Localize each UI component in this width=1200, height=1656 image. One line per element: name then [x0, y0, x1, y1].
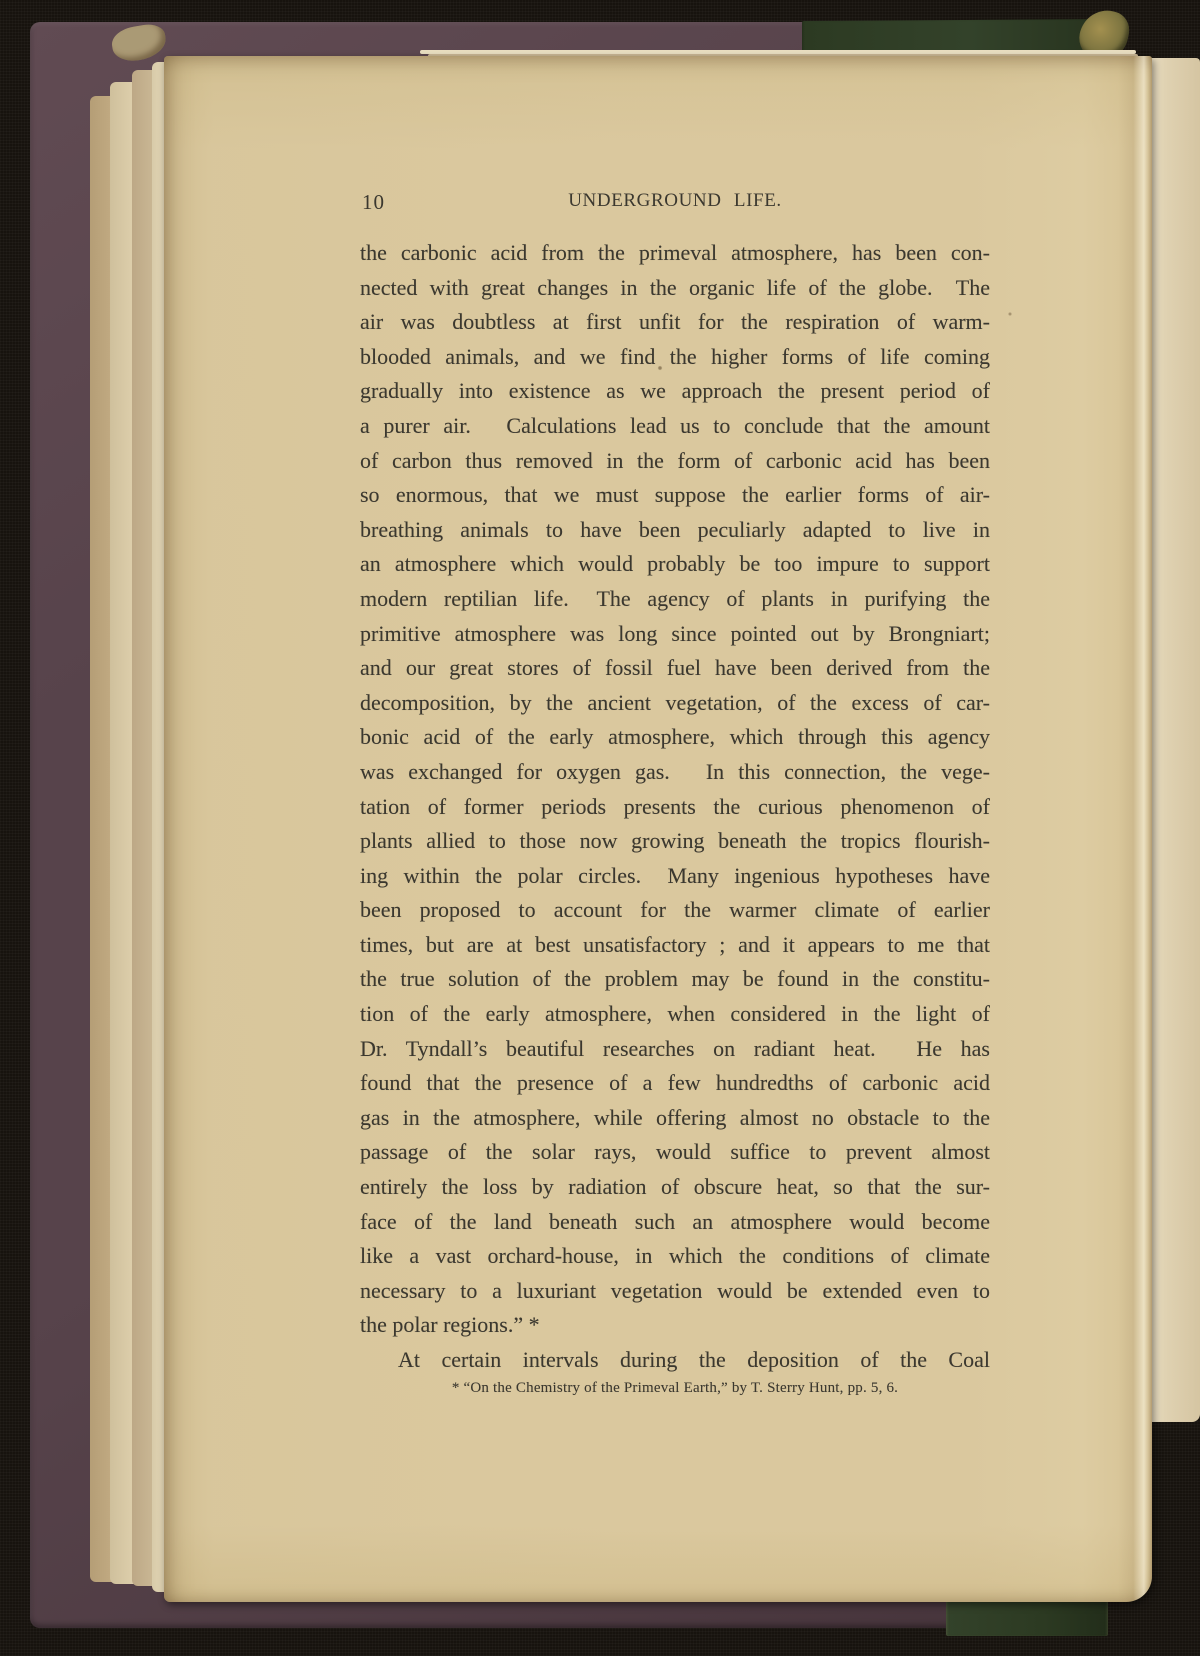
text-line: plants allied to those now growing benea…	[360, 824, 990, 859]
page-number: 10	[362, 190, 385, 215]
text-line: tation of former periods presents the cu…	[360, 790, 990, 825]
text-line: of carbon thus removed in the form of ca…	[360, 444, 990, 479]
text-line: been proposed to account for the warmer …	[360, 893, 990, 928]
text-line: and our great stores of fossil fuel have…	[360, 651, 990, 686]
text-line: found that the presence of a few hundred…	[360, 1066, 990, 1101]
text-line: the true solution of the problem may be …	[360, 962, 990, 997]
text-line: a purer air. Calculations lead us to con…	[360, 409, 990, 444]
footnote: * “On the Chemistry of the Primeval Eart…	[360, 1380, 990, 1397]
body-text: the carbonic acid from the primeval atmo…	[360, 236, 990, 1378]
text-line: decomposition, by the ancient vegetation…	[360, 686, 990, 721]
text-line: breathing animals to have been peculiarl…	[360, 513, 990, 548]
text-line: so enormous, that we must suppose the ea…	[360, 478, 990, 513]
running-title: UNDERGROUND LIFE.	[360, 190, 990, 212]
facing-page-edge	[1146, 58, 1200, 1422]
text-line: was exchanged for oxygen gas. In this co…	[360, 755, 990, 790]
text-line: the polar regions.” *	[360, 1308, 990, 1343]
text-line: Dr. Tyndall’s beautiful researches on ra…	[360, 1032, 990, 1067]
text-line: At certain intervals during the depositi…	[360, 1343, 990, 1378]
text-line: primitive atmosphere was long since poin…	[360, 617, 990, 652]
text-line: passage of the solar rays, would suffice…	[360, 1135, 990, 1170]
text-line: the carbonic acid from the primeval atmo…	[360, 236, 990, 271]
text-line: modern reptilian life. The agency of pla…	[360, 582, 990, 617]
text-line: blooded animals, and we find the higher …	[360, 340, 990, 375]
text-line: nected with great changes in the organic…	[360, 271, 990, 306]
text-line: tion of the early atmosphere, when consi…	[360, 997, 990, 1032]
text-line: air was doubtless at first unfit for the…	[360, 305, 990, 340]
text-line: necessary to a luxuriant vegetation woul…	[360, 1274, 990, 1309]
text-line: gas in the atmosphere, while offering al…	[360, 1101, 990, 1136]
book-scan: 10 UNDERGROUND LIFE. the carbonic acid f…	[0, 0, 1200, 1656]
text-line: face of the land beneath such an atmosph…	[360, 1205, 990, 1240]
text-line: times, but are at best unsatisfactory ; …	[360, 928, 990, 963]
text-line: gradually into existence as we approach …	[360, 374, 990, 409]
text-line: like a vast orchard-house, in which the …	[360, 1239, 990, 1274]
page-header: 10 UNDERGROUND LIFE.	[360, 190, 990, 218]
text-line: ing within the polar circles. Many ingen…	[360, 859, 990, 894]
text-line: bonic acid of the early atmosphere, whic…	[360, 720, 990, 755]
text-line: entirely the loss by radiation of obscur…	[360, 1170, 990, 1205]
book-page: 10 UNDERGROUND LIFE. the carbonic acid f…	[164, 56, 1152, 1602]
text-line: an atmosphere which would probably be to…	[360, 547, 990, 582]
